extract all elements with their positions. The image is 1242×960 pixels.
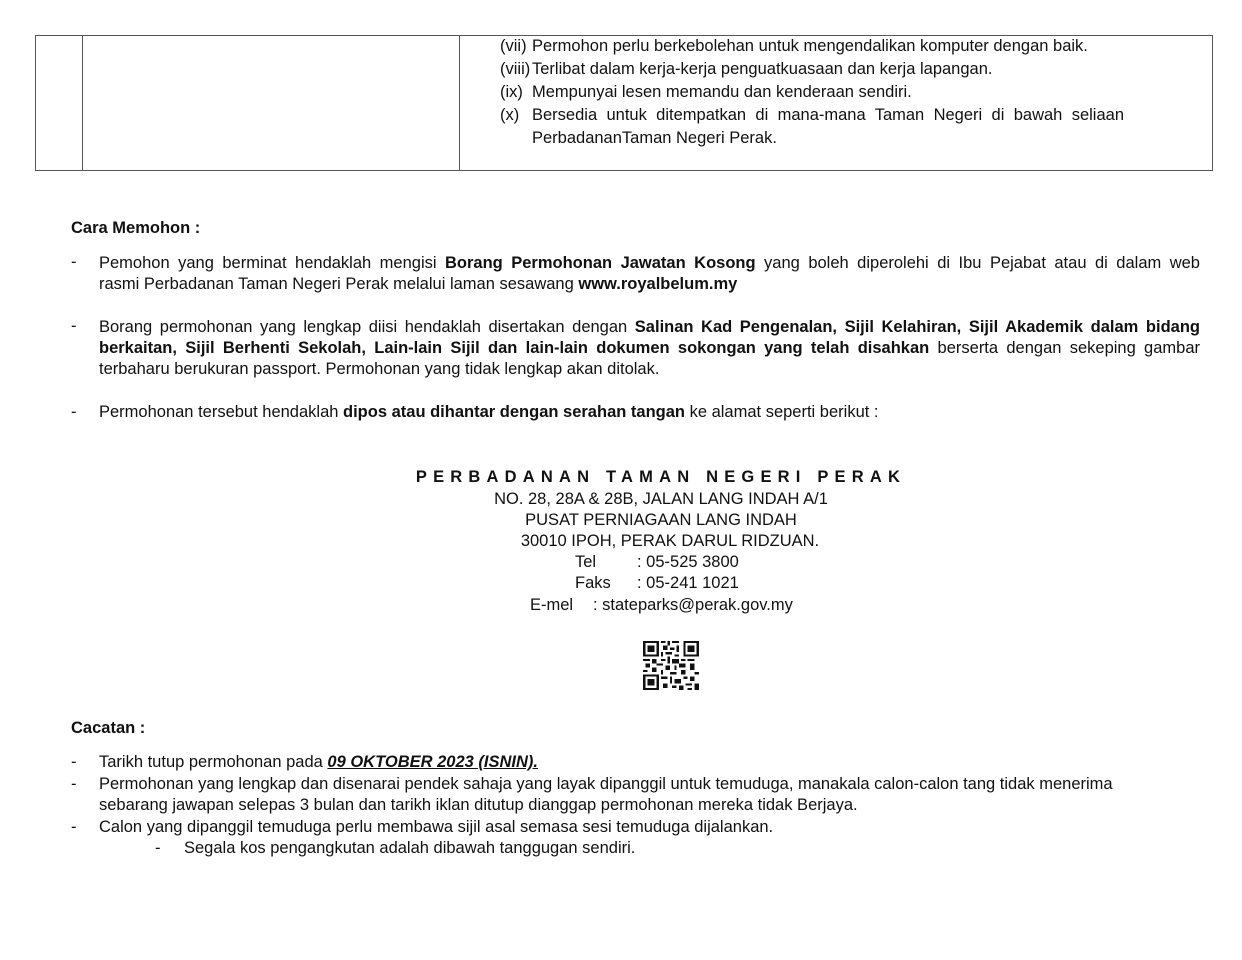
form-name: Borang Permohonan Jawatan Kosong	[445, 254, 756, 272]
bullet-dash: -	[71, 775, 77, 794]
delivery-method: dipos atau dihantar dengan serahan tanga…	[343, 403, 685, 421]
tel-value: : 05-525 3800	[637, 553, 739, 572]
fax-value: : 05-241 1021	[637, 574, 739, 593]
bullet-dash: -	[71, 753, 77, 772]
table-column-divider	[82, 36, 83, 170]
table-column-divider	[459, 36, 460, 170]
bullet-dash: -	[155, 839, 161, 858]
address-line-2: PUSAT PERNIAGAAN LANG INDAH	[0, 510, 1242, 531]
bullet-dash: -	[71, 818, 77, 837]
requirement-number: (ix)	[500, 81, 523, 104]
note-closing-date: Tarikh tutup permohonan pada 09 OKTOBER …	[99, 753, 538, 772]
requirement-text: PerbadananTaman Negeri Perak.	[532, 127, 777, 150]
website-link[interactable]: www.royalbelum.my	[578, 275, 737, 293]
email-value[interactable]: : stateparks@perak.gov.my	[593, 596, 793, 615]
requirement-text: Permohon perlu berkebolehan untuk mengen…	[532, 35, 1088, 58]
required-documents-cont: berkaitan, Sijil Berhenti Sekolah, Lain-…	[99, 339, 929, 357]
note-original-certificates: Calon yang dipanggil temuduga perlu memb…	[99, 818, 773, 837]
note-shortlist-line-1: Permohonan yang lengkap dan disenarai pe…	[99, 775, 1113, 794]
section-heading-cacatan: Cacatan :	[71, 719, 145, 738]
address-line-3: 30010 IPOH, PERAK DARUL RIDZUAN.	[9, 531, 1242, 552]
note-shortlist-line-2: sebarang jawapan selepas 3 bulan dan tar…	[99, 796, 858, 815]
requirement-text: Mempunyai lesen memandu dan kenderaan se…	[532, 81, 912, 104]
instruction-paragraph-3: Permohonan tersebut hendaklah dipos atau…	[99, 403, 879, 422]
requirement-number: (viii)	[500, 58, 530, 81]
requirement-number: (vii)	[500, 35, 527, 58]
instruction-paragraph-2: Borang permohonan yang lengkap diisi hen…	[99, 317, 1200, 380]
qr-code-icon[interactable]	[643, 641, 699, 690]
required-documents: Salinan Kad Pengenalan, Sijil Kelahiran,…	[635, 318, 1200, 336]
closing-date: 09 OKTOBER 2023 (ISNIN).	[327, 753, 538, 771]
email-label: E-mel	[530, 596, 573, 615]
section-heading-cara-memohon: Cara Memohon :	[71, 219, 200, 238]
note-transport-cost: Segala kos pengangkutan adalah dibawah t…	[184, 839, 635, 858]
bullet-dash: -	[71, 253, 77, 272]
requirement-text: Bersedia untuk ditempatkan di mana-mana …	[532, 104, 1124, 127]
bullet-dash: -	[71, 317, 77, 336]
requirement-text: Terlibat dalam kerja-kerja penguatkuasaa…	[532, 58, 992, 81]
requirement-number: (x)	[500, 104, 519, 127]
bullet-dash: -	[71, 403, 77, 422]
instruction-paragraph-1: Pemohon yang berminat hendaklah mengisi …	[99, 253, 1200, 295]
tel-label: Tel	[575, 553, 596, 572]
address-line-1: NO. 28, 28A & 28B, JALAN LANG INDAH A/1	[0, 489, 1242, 510]
organization-name: PERBADANAN TAMAN NEGERI PERAK	[0, 467, 1242, 488]
fax-label: Faks	[575, 574, 611, 593]
